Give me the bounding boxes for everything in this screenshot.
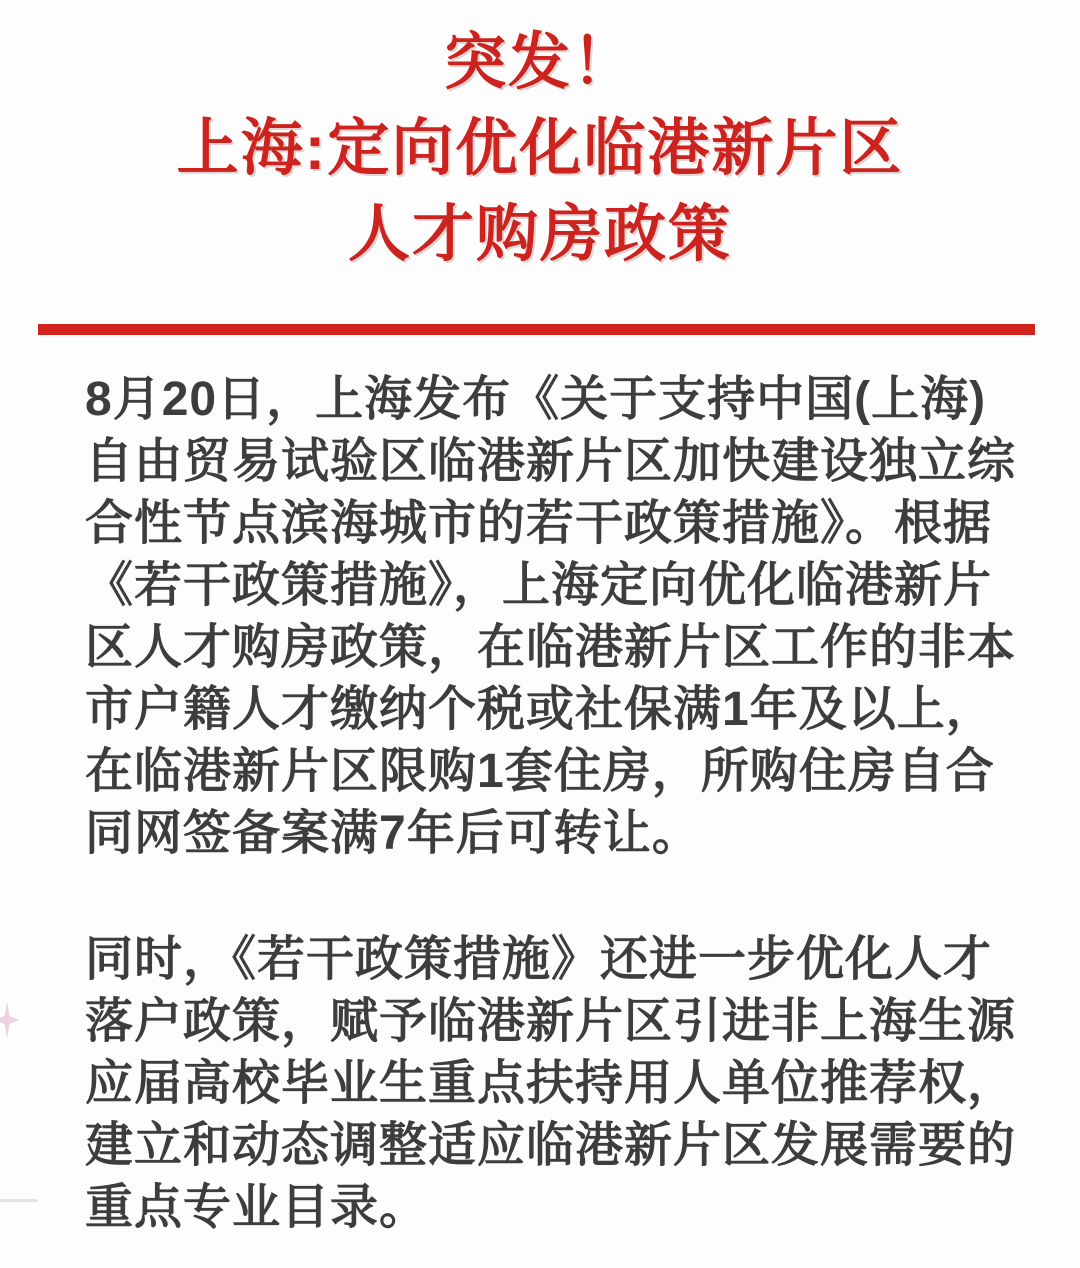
headline-line-2: 上海:定向优化临港新片区 xyxy=(0,106,1080,192)
paragraph-2-line: 建立和动态调整适应临港新片区发展需要的 xyxy=(85,1115,1016,1177)
paragraph-1-line: 《若干政策措施》，上海定向优化临港新片 xyxy=(85,555,1016,617)
paragraph-1-line: 自由贸易试验区临港新片区加快建设独立综 xyxy=(85,431,1016,493)
paragraph-2-line: 重点专业目录。 xyxy=(85,1177,1016,1239)
paragraph-1-line: 在临港新片区限购1套住房，所购住房自合 xyxy=(85,741,1016,803)
sparkle-icon xyxy=(0,1002,19,1038)
paragraph-1-line: 区人才购房政策，在临港新片区工作的非本 xyxy=(85,617,1016,679)
paragraph-1-line: 同网签备案满7年后可转让。 xyxy=(85,803,1016,865)
paragraph-1-line: 合性节点滨海城市的若干政策措施》。根据 xyxy=(85,493,1016,555)
article-image: 突发！ 上海:定向优化临港新片区 人才购房政策 8月20日，上海发布《关于支持中… xyxy=(0,0,1080,1268)
paragraph-2-line: 应届高校毕业生重点扶持用人单位推荐权， xyxy=(85,1053,1016,1115)
paragraph-2: 同时，《若干政策措施》还进一步优化人才 落户政策，赋予临港新片区引进非上海生源 … xyxy=(85,929,1016,1239)
paragraph-1-line: 8月20日，上海发布《关于支持中国(上海) xyxy=(85,369,1016,431)
paragraph-1-line: 市户籍人才缴纳个税或社保满1年及以上， xyxy=(85,679,1016,741)
card-edge-line xyxy=(0,1199,38,1202)
red-divider-rule xyxy=(38,324,1035,335)
headline-line-3: 人才购房政策 xyxy=(0,192,1080,278)
headline-line-1: 突发！ xyxy=(0,20,1080,106)
paragraph-2-line: 落户政策，赋予临港新片区引进非上海生源 xyxy=(85,991,1016,1053)
paragraph-2-line: 同时，《若干政策措施》还进一步优化人才 xyxy=(85,929,1016,991)
headline: 突发！ 上海:定向优化临港新片区 人才购房政策 xyxy=(0,20,1080,278)
paragraph-1: 8月20日，上海发布《关于支持中国(上海) 自由贸易试验区临港新片区加快建设独立… xyxy=(85,369,1016,865)
